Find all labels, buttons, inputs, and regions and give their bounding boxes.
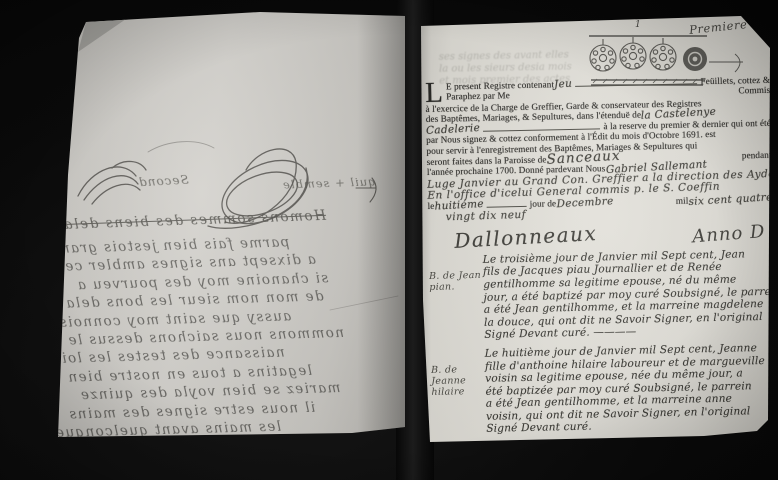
printed-line: des Baptêmes, Mariages, & Sepultures, da… (426, 107, 771, 125)
handwritten-line: Luge Janvier au Grand Con. Greffier a la… (427, 169, 772, 191)
printed-line: Paraphez par Me Commis (446, 85, 770, 102)
printed-text: le (427, 201, 434, 212)
handwritten-insert: Gabriel Sallemant (605, 160, 707, 176)
printed-text: à l'exercice de la Charge de Greffier, G… (425, 98, 701, 114)
printed-text: jour de (530, 198, 557, 209)
ghost-line: la ou les sieurs desia mois (439, 60, 639, 75)
entry-line: Signé Devant curé. ———— (484, 323, 778, 342)
left-page: Homons sommes des biens dela Second quil… (0, 0, 406, 480)
entry-body: Le troisième jour de Janvier mil Sept ce… (483, 247, 778, 341)
entry-line: voisin sa legitime epouse, née du même j… (485, 367, 776, 386)
mirrored-annotation-note: quil + semble (282, 174, 376, 191)
bleedthrough-line: mariez se bien voyla des quinze (53, 379, 345, 406)
folio-number: 1 (635, 20, 641, 30)
handwritten-insert: Jeu (554, 79, 573, 90)
bleedthrough-text: parme fais bien jestois granda dixsept a… (49, 232, 347, 443)
handwritten-line: vingt dix neuf (446, 202, 773, 224)
ghost-line: et mois premier des actes (439, 72, 639, 87)
blank-rule (483, 123, 601, 132)
printed-text: Paraphez par Me (446, 91, 510, 103)
bleedthrough-line: de mon nom sieur les bons dela (51, 287, 343, 314)
printed-act-text: L E present Registre contenant Jeu Feüil… (425, 75, 773, 223)
bleedthrough-line: naissance des testes les lois (52, 342, 344, 369)
heading-surname: Dallonneaux (454, 221, 598, 253)
entry-line: fille d'anthoine hilaire laboureur et de… (485, 354, 776, 373)
printed-text: à la reserve du premier & dernier qui on… (603, 118, 771, 132)
entry-line: a été Jean gentilhomme, et la marreine a… (486, 392, 777, 411)
handwritten-insert: Cadelerie (426, 123, 481, 136)
handwritten-line: En l'office d'icelui General commis p. l… (427, 180, 772, 202)
entry-margin-note: B. de Jeanne hilaire (431, 348, 486, 398)
printed-text: Commis (738, 85, 770, 96)
printed-line: pour servir à l'enregistrement des Baptê… (426, 138, 771, 156)
entry-line: la douce, qui ont dit ne Savoir Signer, … (484, 310, 778, 329)
ink-flourish-doodles (0, 0, 406, 480)
blank-rule (487, 200, 527, 208)
printed-text: pour servir à l'enregistrement des Baptê… (426, 140, 697, 156)
entry-body: Le huitième jour de Janvier mil Sept cen… (485, 342, 778, 436)
ghost-line: ses signes des avant elles (439, 48, 639, 63)
struck-bleedthrough-line: Homons sommes des biens dela (86, 208, 326, 232)
right-page: Premiere 1 (405, 0, 778, 480)
printed-text: des Baptêmes, Mariages, & Sepultures, da… (426, 110, 642, 125)
entry-line: voisin, qui ont dit ne Savoir Signer, en… (486, 405, 777, 424)
entry-line: Le troisième jour de Janvier mil Sept ce… (483, 247, 778, 266)
bleedthrough-line: a dixsept ans signes ambler ce (50, 250, 342, 277)
printed-line: E present Registre contenant Jeu Feüille… (446, 75, 770, 92)
drop-cap: L (425, 82, 446, 104)
blank-rule (575, 78, 698, 88)
printed-ornament (585, 28, 749, 92)
baptism-entry: B. de Jean pian. Le troisième jour de Ja… (429, 247, 776, 342)
bleedthrough-line: nommons nous saichons dessus le (52, 324, 344, 351)
right-page-content: L E present Registre contenant Jeu Feüil… (425, 75, 777, 437)
bleedthrough-line: legatins a tous en nostre bien (53, 361, 345, 388)
handwritten-insert: six cent quatre (688, 192, 773, 207)
entry-line: fils de Jacques piau Journallier et de R… (483, 260, 778, 279)
handwritten-parish-name: Sanceaux (546, 151, 620, 166)
printed-text: pendant (742, 150, 772, 161)
folio-annotation: Premiere (688, 17, 748, 37)
mirrored-annotation-word: Second (138, 173, 189, 190)
printed-first-lines: L E present Registre contenant Jeu Feüil… (425, 75, 770, 104)
entry-margin-note: B. de Jean pian. (429, 254, 484, 293)
printed-text: E present Registre contenant (446, 79, 554, 92)
handwritten-insert: Decembre (556, 196, 614, 210)
register-scan: Homons sommes des biens dela Second quil… (0, 0, 778, 480)
bleedthrough-line: parme fais bien jestois grand (49, 232, 341, 259)
folded-corner (0, 0, 140, 70)
printed-line: le huitiéme jour de Decembre mil six cen… (427, 194, 772, 212)
handwritten-insert: la Castelenye (641, 107, 717, 122)
printed-line: Cadelerie à la reserve du premier & dern… (426, 118, 771, 136)
entry-line: jour, a été baptizé par moy curé Soubsig… (483, 285, 778, 304)
bleedthrough-line: les mains avant quelconque (54, 416, 346, 443)
printed-line: par Nous signez & cottez conformement à … (426, 128, 771, 146)
printed-text: Feüillets, cottez & (700, 75, 770, 87)
handwritten-insert: huitiéme (434, 199, 484, 212)
printed-text: par Nous signez & cottez conformement à … (426, 129, 716, 145)
bleedthrough-line: il nous estre signes des mains (54, 398, 346, 425)
entry-line: été baptizée par moy curé Soubsigné, le … (485, 379, 776, 398)
ghost-bleedthrough-lines: ses signes des avant ellesla ou les sieu… (439, 48, 640, 87)
printed-text: l'année prochaine 1700. Donné pardevant … (427, 164, 606, 178)
baptism-entry: B. de Jeanne hilaire Le huitième jour de… (431, 342, 778, 437)
printed-text: seront faites dans la Paroisse de (427, 155, 547, 168)
heading-anno: Anno D (691, 221, 766, 247)
printed-line: à l'exercice de la Charge de Greffier, G… (425, 97, 770, 115)
printed-text: mil (676, 195, 689, 206)
entry-line: Le huitième jour de Janvier mil Sept cen… (485, 342, 776, 361)
act-heading: Dallonneaux Anno D (454, 220, 765, 251)
entry-line: gentilhomme sa legitime epouse, né du mê… (483, 273, 778, 292)
bleedthrough-line: aussy que saint moy connoist (51, 306, 343, 333)
entry-line: a été Jean gentilhomme, et la marreine m… (484, 298, 778, 317)
printed-line: l'année prochaine 1700. Donné pardevant … (427, 160, 772, 178)
printed-line: seront faites dans la Paroisse de Sancea… (427, 149, 772, 168)
bleedthrough-line: si chanoine moy des pourveu a (50, 269, 342, 296)
entry-line: Signé Devant curé. (486, 417, 777, 436)
